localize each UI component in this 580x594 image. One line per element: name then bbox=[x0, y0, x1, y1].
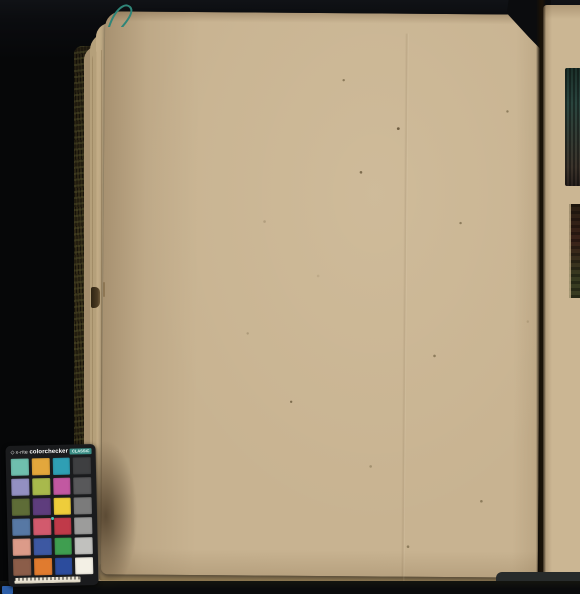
blue-card-sliver bbox=[2, 586, 13, 594]
color-patch-foliage bbox=[12, 499, 30, 516]
color-patch-blue bbox=[54, 558, 72, 575]
color-patch-green bbox=[54, 538, 72, 555]
color-patch-purple bbox=[32, 498, 50, 515]
color-patch-light-skin bbox=[13, 538, 31, 555]
color-patch-bluish-green bbox=[11, 459, 29, 476]
color-patch-yellow bbox=[53, 498, 71, 515]
torn-notch bbox=[91, 287, 100, 308]
torn-notch-mark bbox=[103, 282, 105, 297]
card-fold-shadow bbox=[92, 440, 138, 592]
colorchecker-product-text: colorchecker bbox=[29, 449, 68, 456]
color-patch-orange-yellow bbox=[31, 458, 49, 475]
color-patch-purplish-blue bbox=[33, 538, 51, 555]
color-patch-moderate-red bbox=[33, 518, 51, 535]
page-crease bbox=[401, 34, 409, 582]
color-patch-blue-flower bbox=[11, 479, 29, 496]
color-patch-black bbox=[73, 457, 91, 474]
color-patch-orange bbox=[34, 558, 52, 575]
xrite-diamond-icon: ◇ bbox=[11, 450, 15, 456]
page-gutter-shadow bbox=[536, 0, 546, 594]
colorchecker-header: ◇ x-rite colorchecker CLASSIC bbox=[10, 446, 91, 458]
facing-photo-top bbox=[565, 68, 580, 186]
color-patch-cyan bbox=[52, 458, 70, 475]
colorchecker-ruler bbox=[14, 576, 80, 583]
color-patch-magenta bbox=[53, 478, 71, 495]
wire-clip bbox=[104, 0, 148, 27]
album-photograph: ◇ x-rite colorchecker CLASSIC bbox=[0, 0, 580, 594]
color-patch-neutral-6-5 bbox=[74, 517, 92, 534]
colorchecker-center-mark bbox=[51, 517, 54, 520]
wire-clip-path bbox=[109, 5, 131, 27]
color-patch-neutral-3-5 bbox=[73, 477, 91, 494]
xrite-logo: ◇ x-rite bbox=[11, 450, 28, 456]
color-patch-dark-skin bbox=[13, 558, 31, 575]
color-patch-white bbox=[75, 557, 93, 574]
xrite-brand-text: x-rite bbox=[16, 450, 28, 456]
facing-photo-bottom bbox=[569, 204, 580, 298]
blank-album-page bbox=[101, 11, 542, 577]
color-patch-neutral-5 bbox=[74, 497, 92, 514]
color-patch-yellow-green bbox=[32, 478, 50, 495]
color-patch-red bbox=[54, 518, 72, 535]
color-patch-neutral-8 bbox=[75, 537, 93, 554]
colorchecker-card: ◇ x-rite colorchecker CLASSIC bbox=[5, 444, 98, 587]
colorchecker-classic-badge: CLASSIC bbox=[70, 448, 92, 454]
color-patch-blue-sky bbox=[12, 519, 30, 536]
